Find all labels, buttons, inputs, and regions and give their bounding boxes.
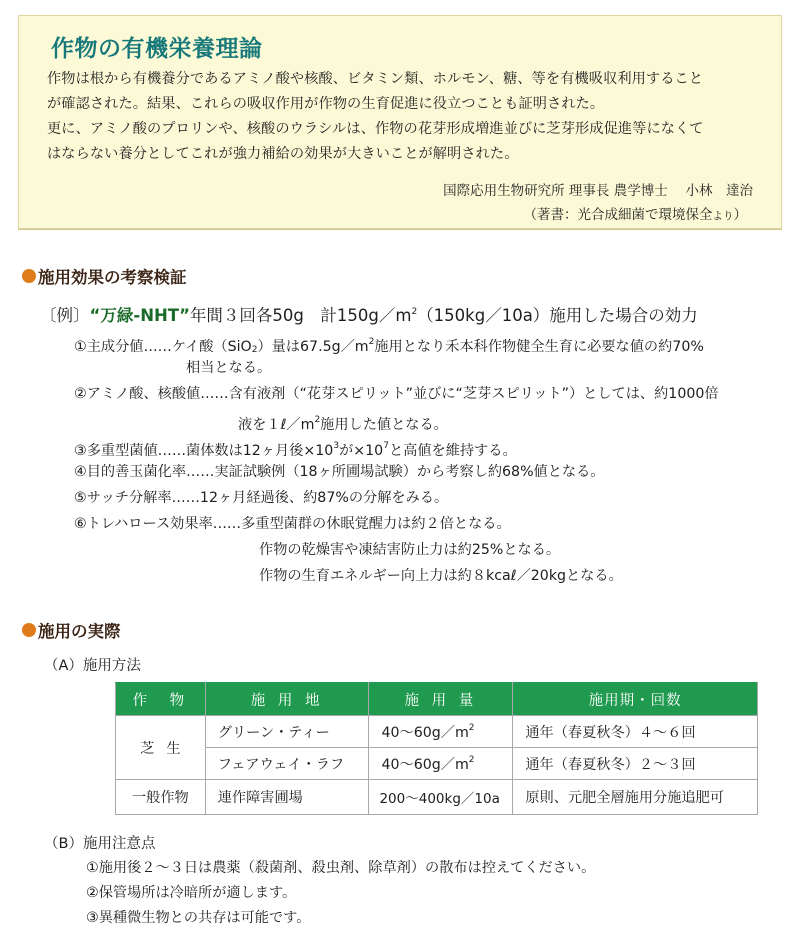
cell-site: フェアウェイ・ラフ (205, 748, 369, 780)
col-header-crop: 作 物 (116, 683, 206, 716)
source-prefix: （著書：光合成細菌で環境保全 (524, 207, 713, 223)
caution-item: ②保管場所は冷暗所が適します。 (86, 883, 296, 903)
section-heading-text: 施用の実際 (38, 618, 121, 642)
col-header-amount: 施 用 量 (369, 683, 513, 716)
col-header-site: 施 用 地 (205, 683, 369, 716)
text: 液を１ℓ／m (238, 417, 314, 433)
intro-paragraph: 作物は根から有機養分であるアミノ酸や核酸、ビタミン類、ホルモン、糖、等を有機吸収… (47, 67, 767, 167)
cell-crop: 芝生 (116, 716, 206, 780)
cell-period: 通年（春夏秋冬）２〜３回 (513, 748, 758, 780)
text: が×10 (339, 443, 383, 459)
section-heading-application: 施用の実際 (22, 618, 121, 642)
effect-item-5: ⑤サッチ分解率……12ヶ月経過後、約87%の分解をみる。 (74, 488, 448, 508)
intro-line: はならない養分としてこれが強力補給の効果が大きいことが解明された。 (47, 142, 767, 167)
example-line: 〔例〕“万緑-NHT”年間３回各50g 計150g／m2（150kg／10a）施… (40, 302, 698, 326)
text: 施用となり禾本科作物健全生育に必要な値の約70% (374, 339, 703, 355)
text: ①主成分値……ケイ酸（SiO (74, 339, 252, 355)
method-table: 作 物 施 用 地 施 用 量 施用期・回数 芝生 グリーン・ティー 40〜60… (115, 682, 758, 815)
example-text: 年間３回各50g 計150g／m (190, 306, 412, 325)
cell-site: 連作障害圃場 (205, 780, 369, 815)
cell-crop: 一般作物 (116, 780, 206, 815)
effect-item-3: ③多重型菌値……菌体数は12ヶ月後×103が×107と高値を維持する。 (74, 436, 517, 461)
effect-item-2: ②アミノ酸、核酸値……含有液剤（“花芽スピリット”並びに“芝芽スピリット”）とし… (74, 384, 719, 404)
source-suffix: ） (734, 207, 748, 223)
effect-item-6-cont: 作物の生育エネルギー向上力は約８kcaℓ／20kgとなる。 (259, 566, 623, 586)
effect-item-4: ④目的善玉菌化率……実証試験例（18ヶ所圃場試験）から考察し約68%値となる。 (74, 462, 605, 482)
intro-source: （著書：光合成細菌で環境保全より） (524, 203, 748, 223)
effect-item-1-cont: 相当となる。 (186, 358, 271, 378)
intro-box: 作物の有機栄養理論 作物は根から有機養分であるアミノ酸や核酸、ビタミン類、ホルモ… (18, 15, 782, 229)
superscript: 2 (469, 723, 475, 733)
superscript: 2 (469, 755, 475, 765)
text: 40〜60g／m (381, 725, 468, 741)
effect-item-1: ①主成分値……ケイ酸（SiO2）量は67.5g／m2施用となり禾本科作物健全生育… (74, 332, 704, 360)
text: ）量は67.5g／m (257, 339, 368, 355)
example-text: （150kg／10a）施用した場合の効力 (417, 306, 698, 325)
section-heading-effects: 施用効果の考察検証 (22, 264, 187, 288)
cell-site: グリーン・ティー (205, 716, 369, 748)
cell-period: 原則、元肥全層施用分施追肥可 (513, 780, 758, 815)
col-header-period: 施用期・回数 (513, 683, 758, 716)
intro-title: 作物の有機栄養理論 (51, 30, 263, 63)
text: と高値を維持する。 (389, 443, 517, 459)
table-header-row: 作 物 施 用 地 施 用 量 施用期・回数 (116, 683, 758, 716)
brand-name: “万緑-NHT” (90, 306, 190, 325)
text: 施用した値となる。 (320, 417, 448, 433)
section-heading-text: 施用効果の考察検証 (38, 264, 187, 288)
intro-line: が確認された。結果、これらの吸収作用が作物の生育促進に役立つことも証明された。 (47, 92, 767, 117)
cell-amount: 40〜60g／m2 (369, 748, 513, 780)
caution-item: ①施用後２〜３日は農薬（殺菌剤、殺虫剤、除草剤）の散布は控えてください。 (86, 858, 595, 878)
intro-line: 更に、アミノ酸のプロリンや、核酸のウラシルは、作物の花芽形成増進並びに芝芽形成促… (47, 117, 767, 142)
caution-item: ③異種微生物との共存は可能です。 (86, 908, 310, 928)
effect-item-2-cont: 液を１ℓ／m2施用した値となる。 (238, 410, 448, 435)
example-prefix: 〔例〕 (40, 306, 90, 325)
cell-period: 通年（春夏秋冬）４〜６回 (513, 716, 758, 748)
text: 40〜60g／m (381, 757, 468, 773)
intro-author: 国際応用生物研究所 理事長 農学博士 小林 達治 (443, 179, 753, 199)
cell-amount: 200〜400kg／10a (369, 780, 513, 815)
effect-item-6-cont: 作物の乾燥害や凍結害防止力は約25%となる。 (259, 540, 560, 560)
caution-heading: （B）施用注意点 (44, 832, 155, 853)
orange-bullet-icon (22, 623, 36, 637)
orange-bullet-icon (22, 269, 36, 283)
effect-item-6: ⑥トレハロース効果率……多重型菌群の休眠覚醒力は約２倍となる。 (74, 514, 511, 534)
method-heading: （A）施用方法 (44, 654, 141, 675)
text: ③多重型菌値……菌体数は12ヶ月後×10 (74, 443, 333, 459)
cell-amount: 40〜60g／m2 (369, 716, 513, 748)
table-row: 一般作物 連作障害圃場 200〜400kg／10a 原則、元肥全層施用分施追肥可 (116, 780, 758, 815)
intro-line: 作物は根から有機養分であるアミノ酸や核酸、ビタミン類、ホルモン、糖、等を有機吸収… (47, 67, 767, 92)
source-small: より (713, 210, 734, 222)
table-row: 芝生 グリーン・ティー 40〜60g／m2 通年（春夏秋冬）４〜６回 (116, 716, 758, 748)
table-row: フェアウェイ・ラフ 40〜60g／m2 通年（春夏秋冬）２〜３回 (116, 748, 758, 780)
